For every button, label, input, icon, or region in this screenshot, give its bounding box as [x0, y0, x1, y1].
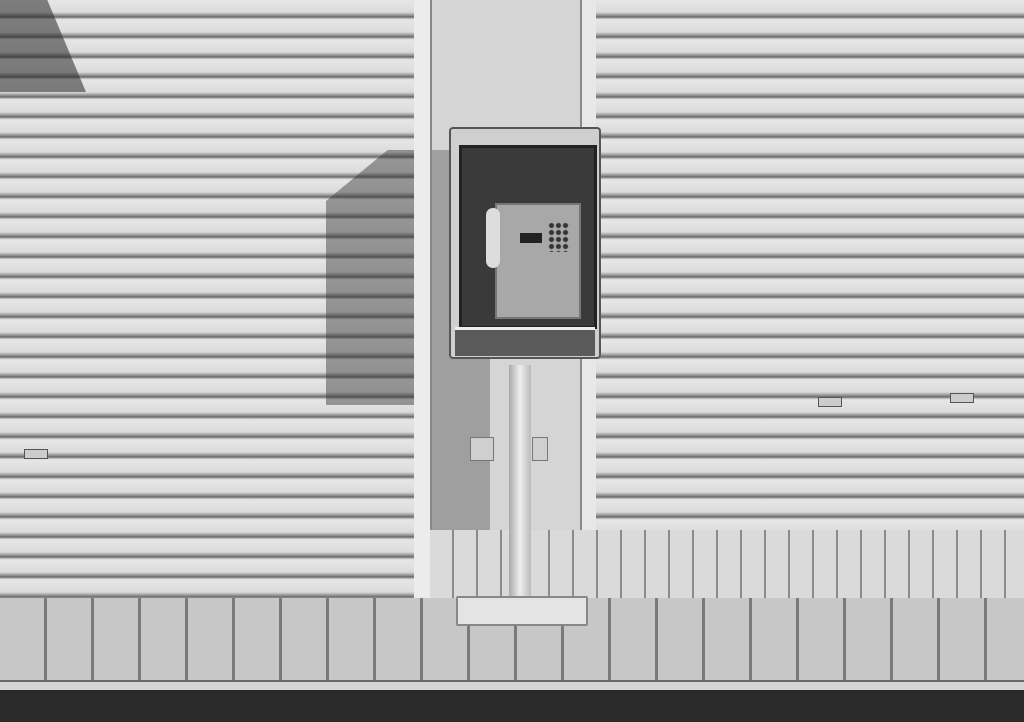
payphone: [495, 203, 581, 319]
payphone-pole: [509, 365, 531, 605]
phone-handset: [486, 208, 500, 268]
right-shutter-handle-1: [818, 397, 842, 407]
booth-base: [455, 327, 595, 356]
left-shutter-handle: [24, 449, 48, 459]
asphalt-road: [0, 690, 1024, 722]
pillar-left-edge: [414, 0, 432, 605]
photo-scene: [0, 0, 1024, 722]
payphone-display: [520, 233, 542, 243]
payphone-keypad: [548, 222, 570, 252]
junction-box: [470, 437, 494, 461]
right-shutter-handle-2: [950, 393, 974, 403]
outlet-box: [532, 437, 548, 461]
right-roller-shutter: [596, 0, 1024, 570]
pole-base-plate: [456, 596, 588, 626]
